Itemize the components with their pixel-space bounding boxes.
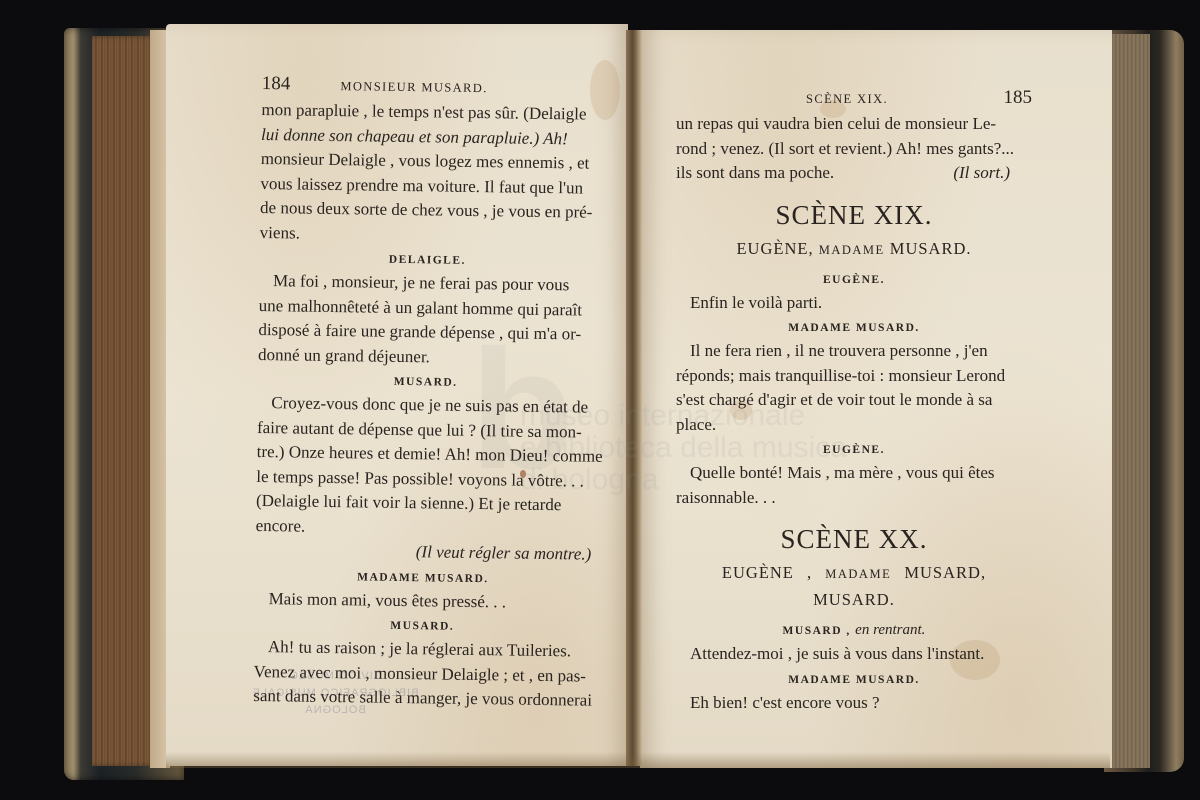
- scene-heading: SCÈNE XIX.: [676, 198, 1032, 232]
- cast-name: Madame: [819, 243, 885, 257]
- text-paragraph: mon parapluie , le temps n'est pas sûr. …: [260, 98, 598, 250]
- speaker-name: MADAME MUSARD.: [676, 669, 1032, 691]
- text-line: Quelle bonté! Mais , ma mère , vous qui …: [676, 461, 1032, 486]
- text-line: Il ne fera rien , il ne trouvera personn…: [676, 339, 1032, 364]
- running-header: SCÈNE XIX. 185: [676, 86, 1032, 112]
- text-line: ils sont dans ma poche.: [676, 161, 834, 186]
- page-bottom-shadow: [166, 752, 1110, 768]
- text-line: Mais mon ami, vous êtes pressé. . .: [254, 586, 590, 615]
- stage-direction: en rentrant.: [855, 622, 925, 638]
- book-photo: b museo internazionale e biblioteca dell…: [0, 0, 1200, 800]
- text-line: de nous deux sorte de chez vous , je vou…: [260, 196, 596, 225]
- text-line: rond ; venez. (Il sort et revient.) Ah! …: [676, 137, 1032, 162]
- stage-direction: (Il veut régler sa montre.): [255, 538, 591, 567]
- cast-name: Madame: [825, 567, 891, 581]
- text-line: raisonnable. . .: [676, 486, 1032, 511]
- book-gutter: [626, 30, 642, 766]
- scene-cast: EUGÈNE, Madame MUSARD.: [676, 236, 1032, 263]
- right-page-text: SCÈNE XIX. 185 un repas qui vaudra bien …: [676, 86, 1032, 715]
- stage-direction: (Il sort.): [953, 161, 1010, 186]
- scene-cast: EUGÈNE , Madame MUSARD, MUSARD.: [676, 560, 1032, 613]
- page-number: 185: [1004, 86, 1033, 111]
- scene-heading: SCÈNE XX.: [676, 522, 1032, 556]
- text-paragraph: Ah! tu as raison ; je la réglerai aux Tu…: [253, 635, 590, 713]
- text-paragraph: Ma foi , monsieur, je ne ferai pas pour …: [258, 269, 595, 372]
- speaker-name: EUGÈNE.: [676, 269, 1032, 291]
- speaker-label: MUSARD ,: [783, 625, 851, 637]
- running-title: MONSIEUR MUSARD.: [340, 74, 488, 101]
- text-line: réponds; mais tranquillise-toi : monsieu…: [676, 364, 1032, 389]
- cast-name: EUGÈNE,: [736, 239, 813, 258]
- text-line: Enfin le voilà parti.: [676, 291, 1032, 316]
- speaker-name: MUSARD , en rentrant.: [676, 619, 1032, 642]
- text-line: place.: [676, 413, 1032, 438]
- cast-name: MUSARD.: [890, 239, 972, 258]
- text-paragraph: Croyez-vous donc que je ne suis pas en é…: [255, 391, 593, 543]
- running-title: SCÈNE XIX.: [806, 87, 888, 112]
- text-line: donné un grand déjeuner.: [258, 342, 594, 371]
- text-line: sant dans votre salle à manger, je vous …: [253, 684, 589, 713]
- text-line: s'est chargé d'agir et de voir tout le m…: [676, 388, 1032, 413]
- page-number: 184: [262, 72, 291, 97]
- text-line: Attendez-moi , je suis à vous dans l'ins…: [676, 642, 1032, 667]
- cast-name: MUSARD,: [904, 563, 986, 582]
- text-line: viens.: [260, 220, 596, 249]
- text-line: (Delaigle lui fait voir la sienne.) Et j…: [256, 489, 592, 518]
- cast-name: MUSARD.: [813, 590, 895, 609]
- left-page-text: 184 MONSIEUR MUSARD. mon parapluie , le …: [253, 72, 598, 713]
- text-line: un repas qui vaudra bien celui de monsie…: [676, 112, 1032, 137]
- speaker-name: MADAME MUSARD.: [676, 317, 1032, 339]
- cast-name: EUGÈNE ,: [722, 563, 812, 582]
- text-line: Eh bien! c'est encore vous ?: [676, 691, 1032, 716]
- page-edges-right: [1108, 34, 1150, 768]
- speaker-name: EUGÈNE.: [676, 439, 1032, 461]
- text-line-with-stage: ils sont dans ma poche. (Il sort.): [676, 161, 1032, 186]
